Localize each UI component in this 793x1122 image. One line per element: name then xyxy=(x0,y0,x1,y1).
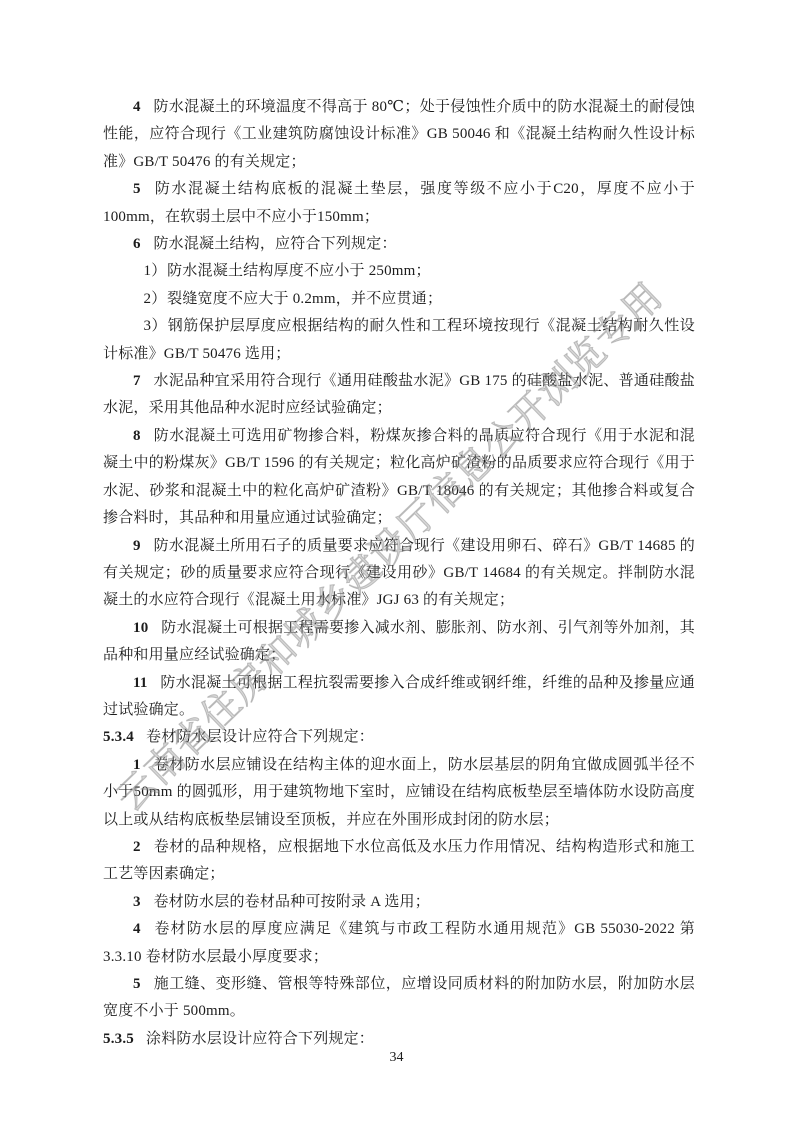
item-number: 2 xyxy=(133,839,141,855)
paragraph: 2）裂缝宽度不应大于 0.2mm，并不应贯通； xyxy=(103,286,695,313)
paragraph: 5施工缝、变形缝、管根等特殊部位，应增设同质材料的附加防水层，附加防水层宽度不小… xyxy=(103,971,695,1026)
paragraph-text: 防水混凝土结构厚度不应小于 250mm； xyxy=(167,263,431,279)
section-heading: 5.3.4卷材防水层设计应符合下列规定： xyxy=(103,724,695,751)
paragraph: 11防水混凝土可根据工程抗裂需要掺入合成纤维或钢纤维，纤维的品种及掺量应通过试验… xyxy=(103,670,695,725)
page-body: 4防水混凝土的环境温度不得高于 80℃；处于侵蚀性介质中的防水混凝土的耐侵蚀性能… xyxy=(103,94,695,1053)
item-number: 5 xyxy=(133,976,141,992)
paragraph: 4防水混凝土的环境温度不得高于 80℃；处于侵蚀性介质中的防水混凝土的耐侵蚀性能… xyxy=(103,94,695,176)
paragraph: 7水泥品种宜采用符合现行《通用硅酸盐水泥》GB 175 的硅酸盐水泥、普通硅酸盐… xyxy=(103,368,695,423)
paragraph: 2卷材的品种规格，应根据地下水位高低及水压力作用情况、结构构造形式和施工工艺等因… xyxy=(103,834,695,889)
paragraph: 10防水混凝土可根据工程需要掺入减水剂、膨胀剂、防水剂、引气剂等外加剂，其品种和… xyxy=(103,615,695,670)
item-number: 8 xyxy=(133,428,141,444)
document-page: 云南省住房和城乡建设厅信息公开浏览专用 4防水混凝土的环境温度不得高于 80℃；… xyxy=(0,0,793,1122)
item-number: 3） xyxy=(144,318,168,334)
item-number: 2） xyxy=(144,291,167,307)
paragraph: 8防水混凝土可选用矿物掺合料，粉煤灰掺合料的品质应符合现行《用于水泥和混凝土中的… xyxy=(103,423,695,533)
page-number: 34 xyxy=(0,1050,793,1066)
paragraph-text: 水泥品种宜采用符合现行《通用硅酸盐水泥》GB 175 的硅酸盐水泥、普通硅酸盐水… xyxy=(103,373,695,416)
paragraph-text: 裂缝宽度不应大于 0.2mm，并不应贯通； xyxy=(167,291,442,307)
item-number: 5.3.5 xyxy=(103,1031,134,1047)
paragraph: 3卷材防水层的卷材品种可按附录 A 选用； xyxy=(103,889,695,916)
paragraph-text: 防水混凝土结构，应符合下列规定： xyxy=(153,236,396,252)
paragraph-text: 防水混凝土可根据工程需要掺入减水剂、膨胀剂、防水剂、引气剂等外加剂，其品种和用量… xyxy=(103,620,695,663)
item-number: 10 xyxy=(133,620,148,636)
paragraph-text: 防水混凝土结构底板的混凝土垫层，强度等级不应小于C20，厚度不应小于100mm，… xyxy=(103,181,695,224)
paragraph-text: 卷材防水层应铺设在结构主体的迎水面上，防水层基层的阴角宜做成圆弧半径不小于50m… xyxy=(103,757,695,828)
paragraph-text: 防水混凝土的环境温度不得高于 80℃；处于侵蚀性介质中的防水混凝土的耐侵蚀性能，… xyxy=(103,99,695,170)
paragraph: 3）钢筋保护层厚度应根据结构的耐久性和工程环境按现行《混凝土结构耐久性设计标准》… xyxy=(103,313,695,368)
item-number: 7 xyxy=(133,373,141,389)
paragraph-text: 涂料防水层设计应符合下列规定： xyxy=(146,1031,374,1047)
item-number: 11 xyxy=(133,675,148,691)
paragraph-text: 施工缝、变形缝、管根等特殊部位，应增设同质材料的附加防水层，附加防水层宽度不小于… xyxy=(103,976,695,1019)
paragraph-text: 卷材防水层的厚度应满足《建筑与市政工程防水通用规范》GB 55030-2022 … xyxy=(103,921,695,964)
item-number: 5.3.4 xyxy=(103,729,134,745)
item-number: 4 xyxy=(133,99,141,115)
paragraph-text: 钢筋保护层厚度应根据结构的耐久性和工程环境按现行《混凝土结构耐久性设计标准》GB… xyxy=(103,318,695,361)
paragraph: 1卷材防水层应铺设在结构主体的迎水面上，防水层基层的阴角宜做成圆弧半径不小于50… xyxy=(103,752,695,834)
item-number: 3 xyxy=(133,894,141,910)
item-number: 1 xyxy=(133,757,141,773)
paragraph: 9防水混凝土所用石子的质量要求应符合现行《建设用卵石、碎石》GB/T 14685… xyxy=(103,533,695,615)
paragraph: 4卷材防水层的厚度应满足《建筑与市政工程防水通用规范》GB 55030-2022… xyxy=(103,916,695,971)
paragraph-text: 卷材防水层设计应符合下列规定： xyxy=(146,729,374,745)
item-number: 4 xyxy=(133,921,141,937)
paragraph-text: 防水混凝土可选用矿物掺合料，粉煤灰掺合料的品质应符合现行《用于水泥和混凝土中的粉… xyxy=(103,428,695,526)
paragraph-text: 防水混凝土所用石子的质量要求应符合现行《建设用卵石、碎石》GB/T 14685 … xyxy=(103,538,695,609)
item-number: 1） xyxy=(144,263,167,279)
paragraph: 6防水混凝土结构，应符合下列规定： xyxy=(103,231,695,258)
paragraph-text: 卷材的品种规格，应根据地下水位高低及水压力作用情况、结构构造形式和施工工艺等因素… xyxy=(103,839,695,882)
item-number: 6 xyxy=(133,236,141,252)
item-number: 9 xyxy=(133,538,141,554)
item-number: 5 xyxy=(133,181,141,197)
paragraph: 5防水混凝土结构底板的混凝土垫层，强度等级不应小于C20，厚度不应小于100mm… xyxy=(103,176,695,231)
paragraph-text: 卷材防水层的卷材品种可按附录 A 选用； xyxy=(153,894,430,910)
paragraph: 1）防水混凝土结构厚度不应小于 250mm； xyxy=(103,258,695,285)
paragraph-text: 防水混凝土可根据工程抗裂需要掺入合成纤维或钢纤维，纤维的品种及掺量应通过试验确定… xyxy=(103,675,695,718)
